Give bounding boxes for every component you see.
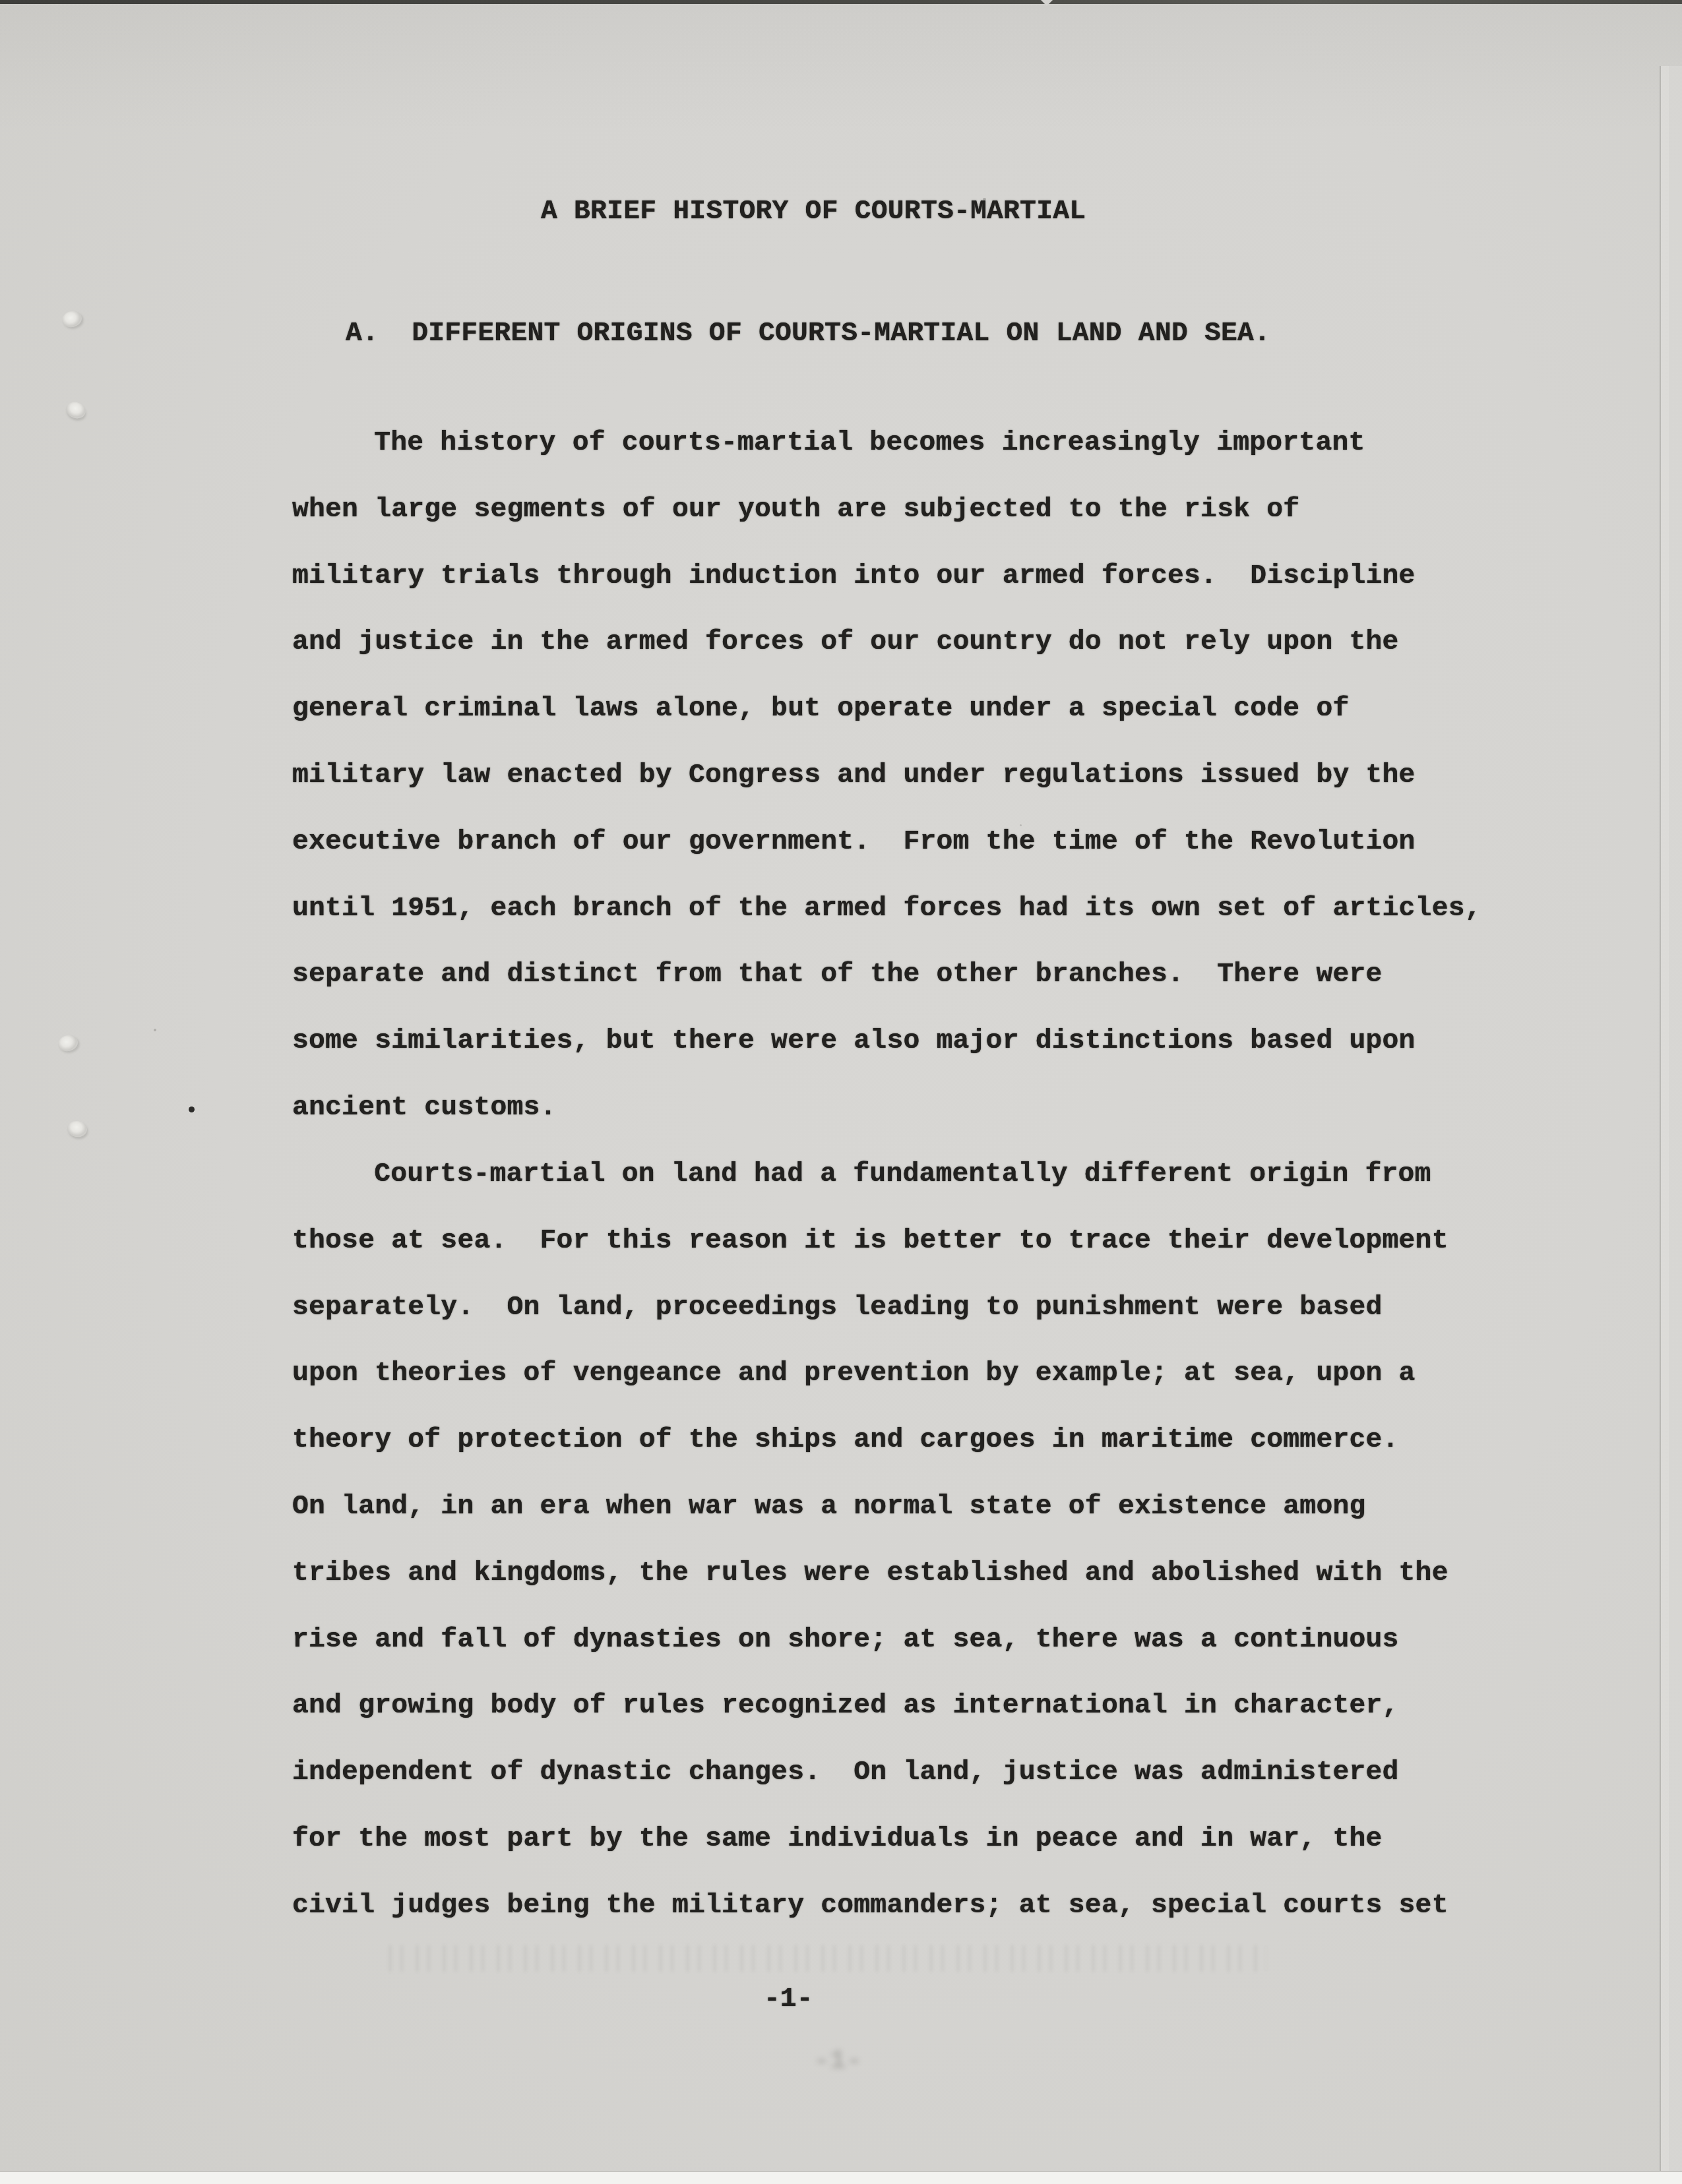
- text-line: Courts-martial on land had a fundamental…: [292, 1141, 1448, 1208]
- text-line: when large segments of our youth are sub…: [292, 477, 1481, 543]
- text-line: some similarities, but there were also m…: [292, 1008, 1481, 1075]
- text-line: separate and distinct from that of the o…: [292, 942, 1481, 1008]
- stray-period-mark: [189, 1107, 195, 1112]
- text-line: for the most part by the same individual…: [292, 1806, 1448, 1873]
- text-line: until 1951, each branch of the armed for…: [292, 876, 1481, 942]
- text-line: theory of protection of the ships and ca…: [292, 1407, 1448, 1474]
- text-line: civil judges being the military commande…: [292, 1873, 1448, 1939]
- text-line: and growing body of rules recognized as …: [292, 1673, 1448, 1740]
- paragraph-1: The history of courts-martial becomes in…: [292, 410, 1481, 1141]
- document-page: A BRIEF HISTORY OF COURTS-MARTIAL A. DIF…: [0, 0, 1682, 2184]
- text-line: upon theories of vengeance and preventio…: [292, 1341, 1448, 1407]
- paper-crinkle-mark: [64, 400, 88, 421]
- text-line: independent of dynastic changes. On land…: [292, 1740, 1448, 1806]
- text-line: The history of courts-martial becomes in…: [292, 410, 1481, 477]
- page-number-bleed-through: -1-: [813, 2046, 863, 2077]
- paragraph-2: Courts-martial on land had a fundamental…: [292, 1141, 1448, 1939]
- text-line: military law enacted by Congress and und…: [292, 743, 1481, 809]
- text-line: and justice in the armed forces of our c…: [292, 609, 1481, 676]
- paper-crinkle-mark: [66, 1120, 88, 1138]
- page-title: A BRIEF HISTORY OF COURTS-MARTIAL: [541, 196, 1086, 228]
- text-line: ancient customs.: [292, 1075, 1481, 1141]
- page-number: -1-: [764, 1984, 813, 2015]
- ink-bleed-through: [389, 1945, 1266, 1972]
- text-line: military trials through induction into o…: [292, 543, 1481, 610]
- text-line: tribes and kingdoms, the rules were esta…: [292, 1540, 1448, 1607]
- dust-speck: [154, 1029, 156, 1031]
- section-heading: A. DIFFERENT ORIGINS OF COURTS-MARTIAL O…: [346, 318, 1270, 349]
- scan-edge-notch: [1041, 0, 1053, 6]
- scan-edge-bottom: [0, 2171, 1682, 2184]
- text-line: those at sea. For this reason it is bett…: [292, 1208, 1448, 1275]
- text-line: separately. On land, proceedings leading…: [292, 1275, 1448, 1341]
- paper-crinkle-mark: [57, 1033, 79, 1053]
- text-line: On land, in an era when war was a normal…: [292, 1474, 1448, 1540]
- text-line: general criminal laws alone, but operate…: [292, 676, 1481, 743]
- text-line: executive branch of our government. From…: [292, 809, 1481, 876]
- text-line: rise and fall of dynasties on shore; at …: [292, 1607, 1448, 1674]
- scan-edge-top: [0, 0, 1682, 4]
- paper-crinkle-mark: [61, 309, 83, 329]
- page-edge-right: [1660, 66, 1682, 2171]
